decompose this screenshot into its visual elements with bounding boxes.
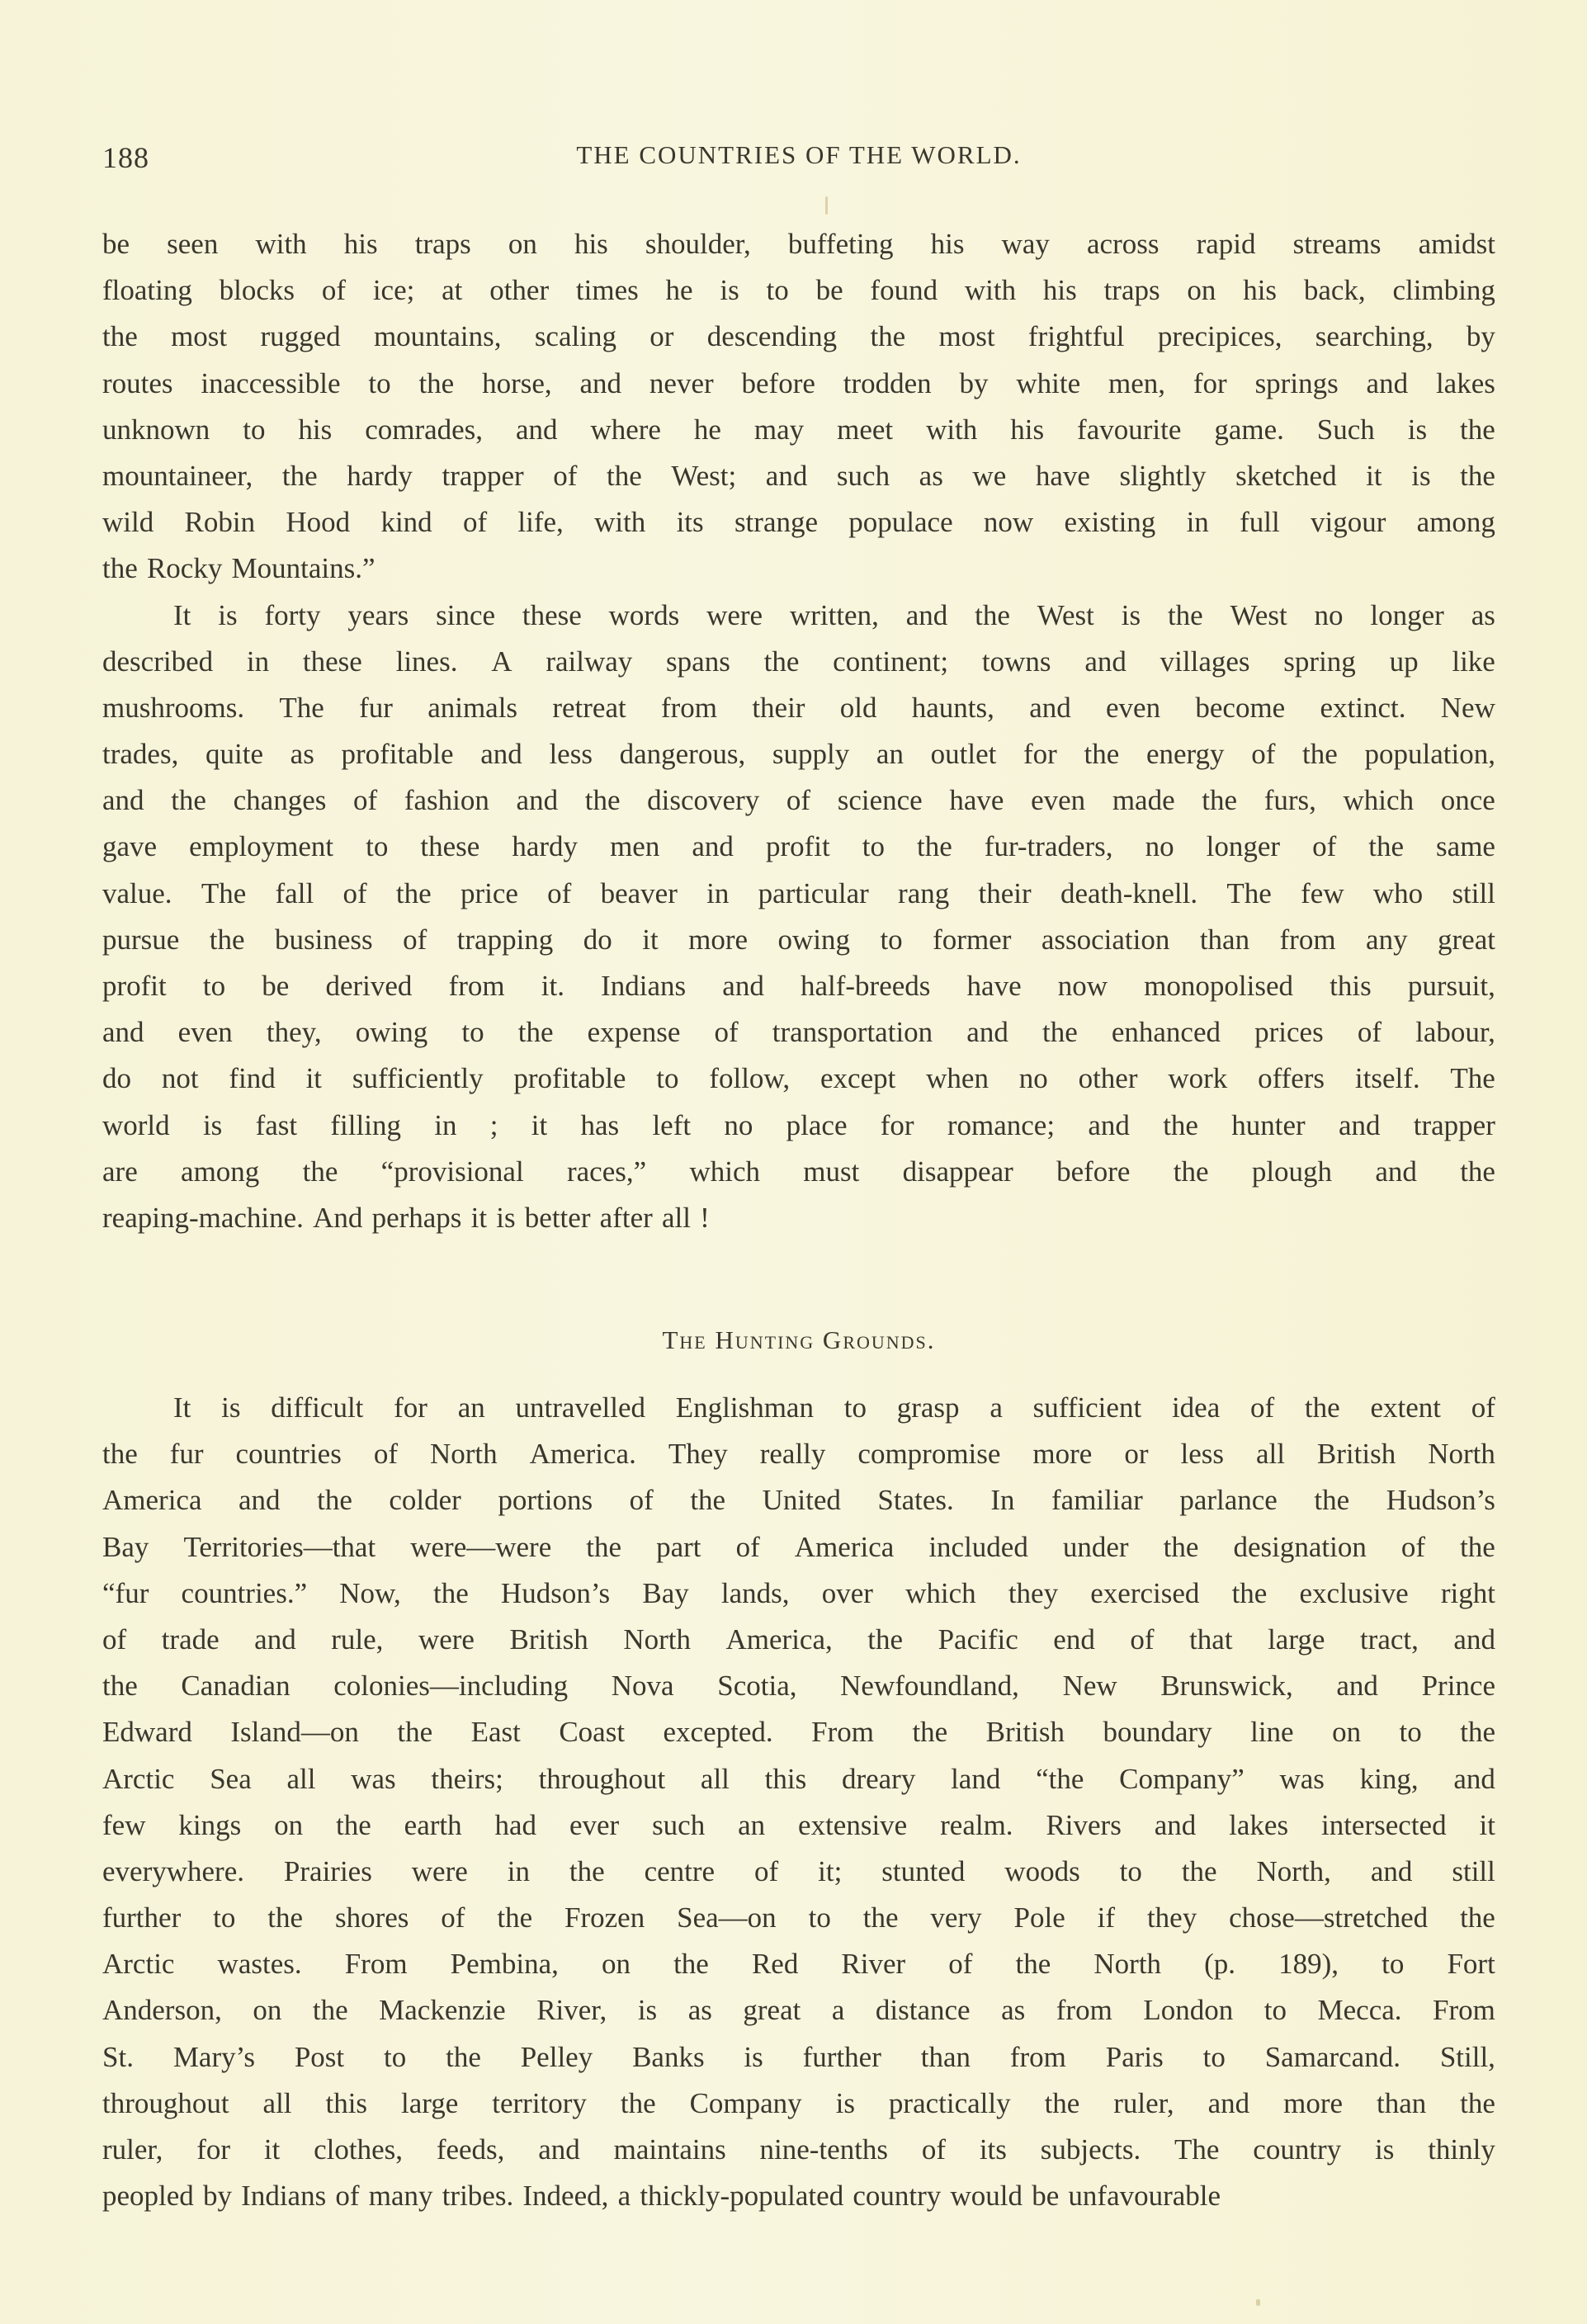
text-line: areamongthe“provisionalraces,”whichmustd… [102,1149,1495,1195]
text-line: beseenwithhistrapsonhisshoulder,buffetin… [102,221,1495,267]
paragraph: ItisdifficultforanuntravelledEnglishmant… [102,1385,1495,2219]
text-line: trades,quiteasprofitableandlessdangerous… [102,731,1495,777]
text-line: describedintheselines.Arailwayspanstheco… [102,639,1495,685]
text-line: Anderson,ontheMackenzieRiver,isasgreatad… [102,1987,1495,2033]
body-text-part-1: beseenwithhistrapsonhisshoulder,buffetin… [102,221,1495,1241]
paragraph: beseenwithhistrapsonhisshoulder,buffetin… [102,221,1495,593]
body-text-part-2: ItisdifficultforanuntravelledEnglishmant… [102,1385,1495,2219]
text-line: pursuethebusinessoftrappingdoitmoreowing… [102,917,1495,963]
text-line: routesinaccessibletothehorse,andneverbef… [102,361,1495,407]
text-line: andeventhey,owingtotheexpenseoftransport… [102,1009,1495,1056]
section-heading: The Hunting Grounds. [102,1325,1495,1355]
text-line: reaping-machine.Andperhapsitisbetterafte… [102,1195,1495,1241]
text-line: ruler,foritclothes,feeds,andmaintainsnin… [102,2127,1495,2173]
text-line: thefurcountriesofNorthAmerica.Theyreally… [102,1431,1495,1477]
text-line: fewkingsontheearthhadeversuchanextensive… [102,1802,1495,1849]
text-line: wildRobinHoodkindoflife,withitsstrangepo… [102,499,1495,546]
text-line: ItisdifficultforanuntravelledEnglishmant… [102,1385,1495,1431]
text-line: donotfinditsufficientlyprofitabletofollo… [102,1056,1495,1102]
running-title: THE COUNTRIES OF THE WORLD. [102,140,1495,170]
text-line: worldisfastfillingin;ithasleftnoplacefor… [102,1103,1495,1149]
text-line: throughoutallthislargeterritorytheCompan… [102,2081,1495,2127]
text-line: ArcticSeaallwastheirs;throughoutallthisd… [102,1756,1495,1802]
text-line: Itisfortyyearssincethesewordswerewritten… [102,593,1495,639]
text-line: floatingblocksofice;atothertimesheistobe… [102,267,1495,314]
paper-speck [825,196,828,215]
text-line: value.Thefallofthepriceofbeaverinparticu… [102,871,1495,917]
text-line: theRockyMountains.” [102,546,1495,592]
text-line: furthertotheshoresoftheFrozenSea—ontothe… [102,1895,1495,1941]
text-line: gaveemploymenttothesehardymenandprofitto… [102,824,1495,870]
text-line: mushrooms.Thefuranimalsretreatfromtheiro… [102,685,1495,731]
text-line: AmericaandthecolderportionsoftheUnitedSt… [102,1477,1495,1523]
text-line: unknowntohiscomrades,andwherehemaymeetwi… [102,407,1495,453]
text-line: peopledbyIndiansofmanytribes.Indeed,athi… [102,2173,1495,2219]
text-line: mountaineer,thehardytrapperoftheWest;and… [102,453,1495,499]
paper-speck [1256,2299,1260,2306]
running-head: 188 THE COUNTRIES OF THE WORLD. [102,140,1495,182]
text-line: themostruggedmountains,scalingordescendi… [102,314,1495,360]
text-line: andthechangesoffashionandthediscoveryofs… [102,777,1495,824]
text-line: BayTerritories—thatwere—werethepartofAme… [102,1524,1495,1571]
text-line: Arcticwastes.FromPembina,ontheRedRiverof… [102,1941,1495,1987]
text-line: St.Mary’sPosttothePelleyBanksisfurtherth… [102,2034,1495,2081]
text-line: theCanadiancolonies—includingNovaScotia,… [102,1663,1495,1709]
text-line: profittobederivedfromit.Indiansandhalf-b… [102,963,1495,1009]
text-line: EdwardIsland—ontheEastCoastexcepted.From… [102,1709,1495,1755]
text-line: “furcountries.”Now,theHudson’sBaylands,o… [102,1571,1495,1617]
paragraph: Itisfortyyearssincethesewordswerewritten… [102,593,1495,1242]
text-line: oftradeandrule,wereBritishNorthAmerica,t… [102,1617,1495,1663]
text-line: everywhere.Prairieswereinthecentreofit;s… [102,1849,1495,1895]
